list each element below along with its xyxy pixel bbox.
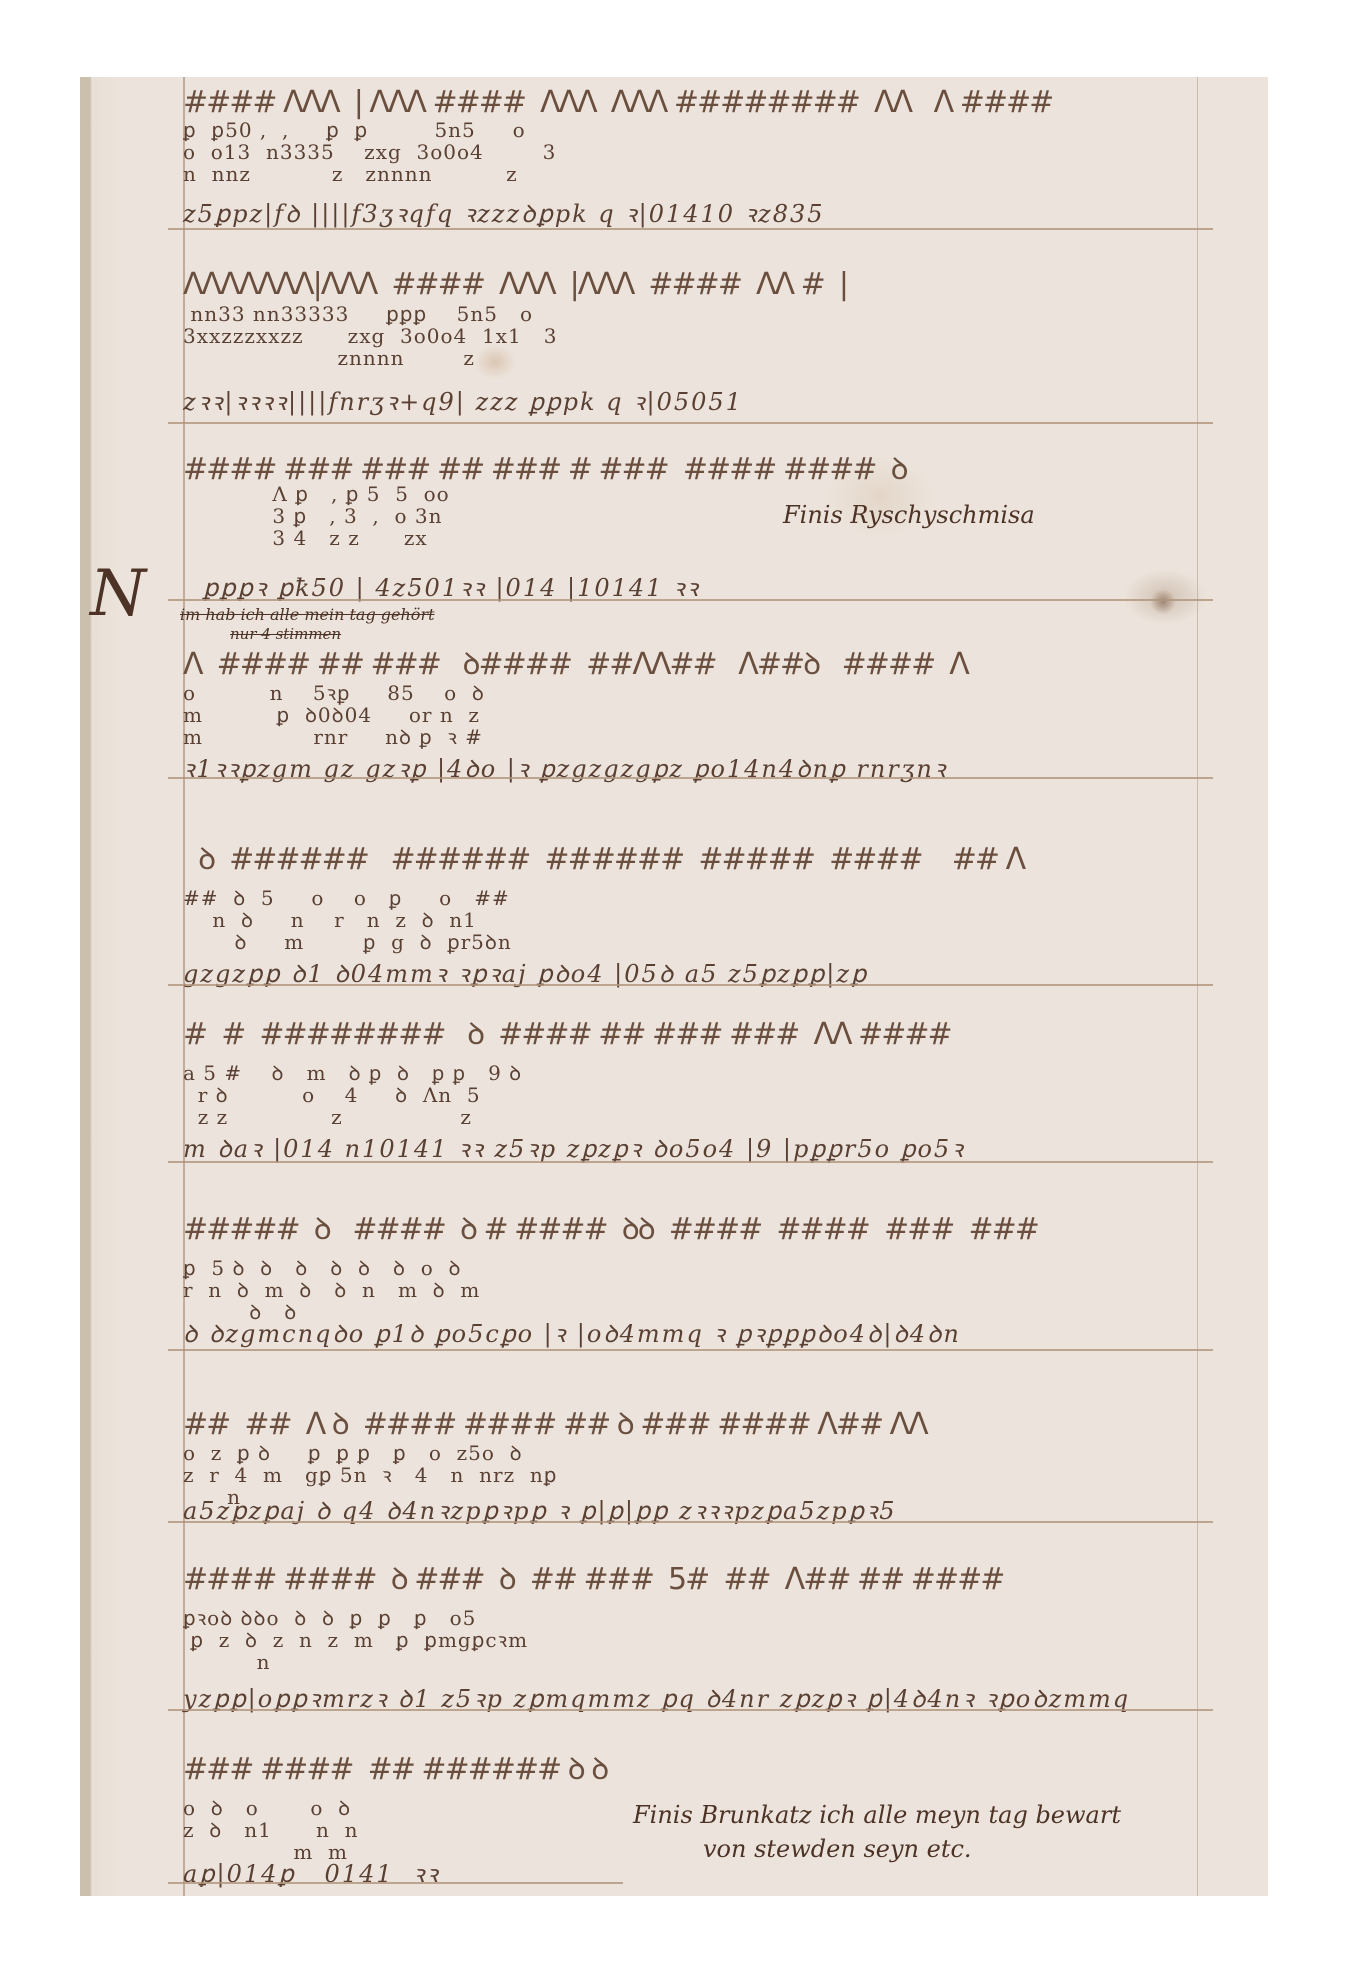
finis-caption: Finis Ryschyschmisa: [783, 501, 1035, 529]
ruled-line: [168, 777, 1213, 779]
tablature-upper-rows: ## ꝺ 5 o o ꝑ o ## n ꝺ n r n z ꝺ n1 ꝺ m ꝑ…: [183, 887, 512, 953]
rhythm-flags: ΛΛΛΛΛΛΛ|ΛΛΛ #### ΛΛΛ |ΛΛΛ #### ΛΛ # |: [183, 267, 847, 302]
finis-caption-line-1: Finis Brunkatz ich alle meyn tag bewart: [633, 1801, 1121, 1829]
tablature-system-4: Λ #### ## ### ꝺ#### ##ΛΛ## Λ##ꝺ #### Λ o…: [183, 642, 1203, 802]
tablature-system-2: ΛΛΛΛΛΛΛ|ΛΛΛ #### ΛΛΛ |ΛΛΛ #### ΛΛ # | nn…: [183, 267, 1203, 427]
ruled-line: [168, 1349, 1213, 1351]
rhythm-flags: ##### ꝺ #### ꝺ # #### ꝺꝺ #### #### ### #…: [183, 1207, 1038, 1248]
rhythm-flags: ### #### ## ###### ꝺ ꝺ: [183, 1747, 607, 1788]
tablature-system-5: ꝺ ###### ###### ###### ##### #### ## Λ #…: [183, 817, 1203, 997]
rhythm-flags: #### ΛΛΛ | ΛΛΛ #### ΛΛΛ ΛΛΛ ######## ΛΛ …: [183, 85, 1052, 120]
tablature-system-6: # # ######## ꝺ #### ## ### ### ΛΛ #### a…: [183, 1002, 1203, 1172]
ruled-line: [168, 1882, 623, 1884]
tablature-bass-row: z5ꝑpz|fꝺ ||||f3ʒꝛqfq ꝛzzzꝺꝑpk q ꝛ|01410 …: [183, 197, 825, 230]
struck-through-subtitle: nur 4 stimmen: [230, 625, 341, 643]
tablature-upper-rows: ꝑ 5 ꝺ ꝺ ꝺ ꝺ ꝺ ꝺ o ꝺ r n ꝺ m ꝺ ꝺ n m ꝺ m …: [183, 1257, 480, 1323]
decorated-initial: N: [90, 557, 146, 631]
ruled-line: [168, 422, 1213, 424]
tablature-system-1: #### ΛΛΛ | ΛΛΛ #### ΛΛΛ ΛΛΛ ######## ΛΛ …: [183, 77, 1203, 237]
tablature-bass-row: ꝺ ꝺzgmcnqꝺo ꝑ1ꝺ ꝑo5cꝑo |ꝛ |oꝺ4mmq ꝛ ꝑꝛꝑꝑ…: [183, 1317, 961, 1350]
tablature-bass-row: aꝑ|014ꝑ 0141 ꝛꝛ: [183, 1857, 440, 1890]
tablature-bass-row: zꝛꝛ|ꝛꝛꝛꝛ||||fnrʒꝛ+q9| zzz ꝑꝑpk q ꝛ|05051: [183, 385, 743, 418]
tablature-upper-rows: o ꝺ o o ꝺ z ꝺ n1 n n m m: [183, 1797, 359, 1863]
tablature-upper-rows: Λ ꝑ , ꝑ 5 5 oo 3 ꝑ , 3 , o 3n 3 4 z z zx: [243, 483, 450, 549]
tablature-system-10: ### #### ## ###### ꝺ ꝺ o ꝺ o o ꝺ z ꝺ n1 …: [183, 1727, 1203, 1897]
ruled-line: [168, 228, 1213, 230]
tablature-system-8: ## ## Λ ꝺ #### #### ## ꝺ ### #### Λ## ΛΛ…: [183, 1372, 1203, 1532]
rhythm-flags: #### #### ꝺ ### ꝺ ## ### 5# ## Λ## ## ##…: [183, 1557, 1003, 1598]
tablature-upper-rows: ꝑꝛoꝺ ꝺꝺo ꝺ ꝺ ꝑ ꝑ ꝑ o5 ꝑ z ꝺ z n z m ꝑ ꝑm…: [183, 1607, 528, 1673]
finis-caption-line-2: von stewden seyn etc.: [703, 1835, 972, 1863]
rhythm-flags: # # ######## ꝺ #### ## ### ### ΛΛ ####: [183, 1012, 951, 1053]
tablature-upper-rows: ꝑ ꝑ50 , , ꝑ ꝑ 5n5 o o o13 n3335 zxg 3o0o…: [183, 119, 556, 185]
tablature-upper-rows: nn33 nn33333 ꝑꝑꝑ 5n5 o 3xxzzzxxzz zxg 3o…: [183, 303, 558, 369]
rhythm-flags: Λ #### ## ### ꝺ#### ##ΛΛ## Λ##ꝺ #### Λ: [183, 642, 968, 683]
tablature-system-9: #### #### ꝺ ### ꝺ ## ### 5# ## Λ## ## ##…: [183, 1537, 1203, 1717]
ruled-line: [168, 1521, 1213, 1523]
tablature-system-7: ##### ꝺ #### ꝺ # #### ꝺꝺ #### #### ### #…: [183, 1177, 1203, 1357]
ruled-line: [168, 599, 1213, 601]
manuscript-page: #### ΛΛΛ | ΛΛΛ #### ΛΛΛ ΛΛΛ ######## ΛΛ …: [80, 77, 1268, 1896]
rhythm-flags: ## ## Λ ꝺ #### #### ## ꝺ ### #### Λ## ΛΛ: [183, 1402, 927, 1443]
tablature-upper-rows: o n 5ꝛꝑ 85 o ꝺ m ꝑ ꝺ0ꝺ04 or n z m rnr nꝺ…: [183, 682, 485, 748]
ruled-line: [168, 1161, 1213, 1163]
ruled-line: [168, 1709, 1213, 1711]
struck-through-title: im hab ich alle mein tag gehört: [180, 605, 435, 624]
ruled-line: [168, 984, 1213, 986]
rhythm-flags: ꝺ ###### ###### ###### ##### #### ## Λ: [183, 837, 1024, 878]
tablature-bass-row: ꝛ1ꝛꝛꝑzgm gz gzꝛꝑ |4ꝺo |ꝛ ꝑzgzgzgꝑz ꝑo14n…: [183, 752, 947, 785]
tablature-upper-rows: a 5 # ꝺ m ꝺ ꝑ ꝺ ꝑ ꝑ 9 ꝺ r ꝺ o 4 ꝺ Λn 5 z…: [183, 1062, 522, 1128]
